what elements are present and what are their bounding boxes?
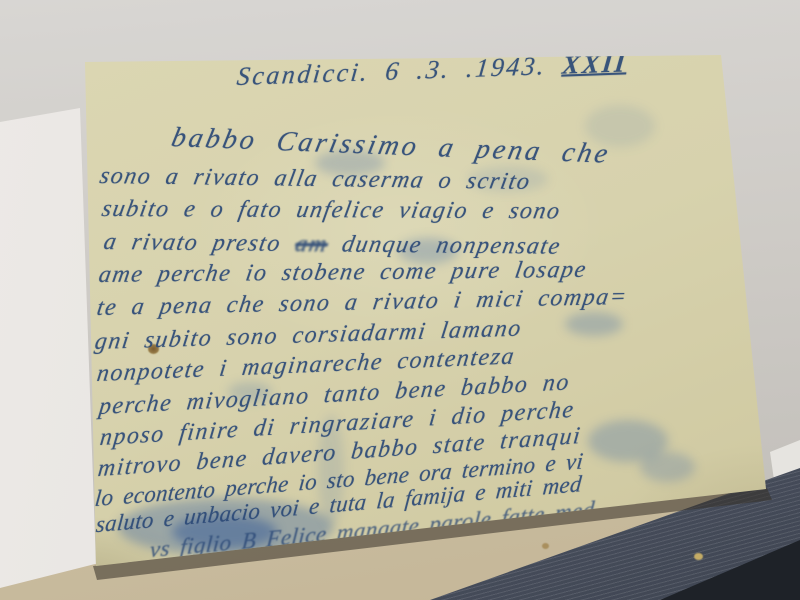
crossed-out-word: am <box>293 231 330 257</box>
table-speck <box>542 543 549 549</box>
handwritten-line: sono a rivato alla caserma o scrito <box>97 163 533 196</box>
fascist-era-numeral: XXII <box>561 48 629 79</box>
line-segment: a rivato presto <box>102 229 298 257</box>
line-segment: dunque nonpensate <box>325 231 563 259</box>
handwritten-line: ame perche io stobene come pure losape <box>97 257 589 289</box>
handwritten-line: te a pena che sono a rivato i mici compa… <box>95 284 630 322</box>
handwritten-line: a rivato presto am dunque nonpensate <box>101 229 563 261</box>
handwritten-line: subito e o fato unfelice viagio e sono <box>100 196 564 225</box>
place-date: Scandicci. 6 .3. .1943. <box>236 51 548 91</box>
table-speck <box>694 553 703 560</box>
postcard-dateline: Scandicci. 6 .3. .1943.XXII <box>235 48 628 92</box>
photo-scene: Scandicci. 6 .3. .1943.XXII babbo Cariss… <box>0 0 800 600</box>
handwritten-line: babbo Carissimo a pena che <box>169 122 614 171</box>
